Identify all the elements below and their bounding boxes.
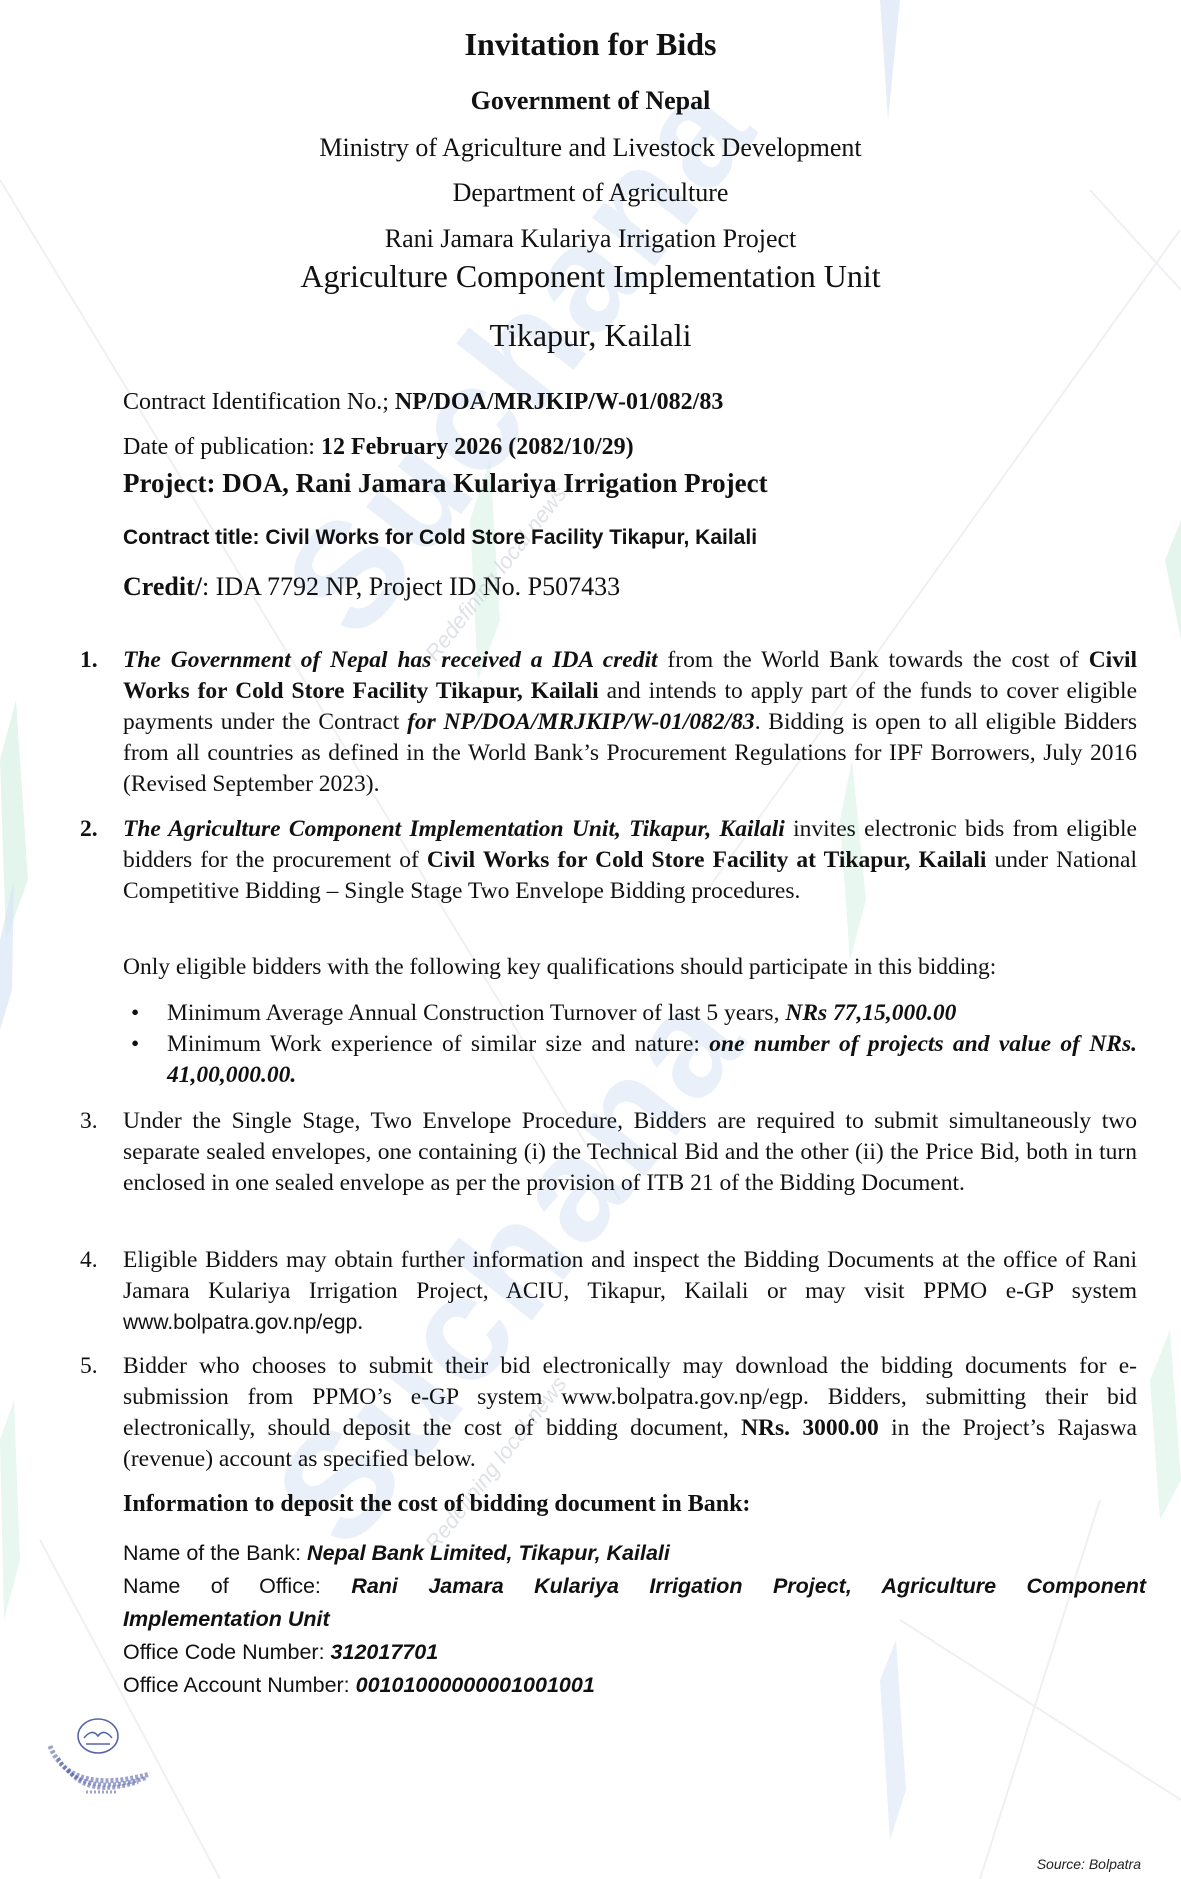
paragraph-3: 3. Under the Single Stage, Two Envelope … [80, 1106, 1137, 1199]
egp-link[interactable]: www.bolpatra.gov.np/egp [123, 1311, 357, 1334]
paragraph-number: 3. [80, 1106, 120, 1137]
text-fragment: The Government of Nepal has received a I… [123, 647, 658, 673]
text-fragment: . [357, 1309, 363, 1335]
project-name: Rani Jamara Kulariya Irrigation Project [0, 224, 1181, 254]
office-name-row: Name of Office: Rani Jamara Kulariya Irr… [123, 1570, 1146, 1603]
contract-title-value: Civil Works for Cold Store Facility Tika… [265, 526, 757, 549]
account-number-label: Office Account Number: [123, 1673, 356, 1697]
page-title: Invitation for Bids [0, 26, 1181, 63]
contract-id-value: NP/DOA/MRJKIP/W-01/082/83 [395, 389, 723, 415]
bullet-icon: • [131, 1029, 139, 1060]
office-name-value: Rani Jamara Kulariya Irrigation Project,… [351, 1574, 1146, 1598]
location: Tikapur, Kailali [0, 317, 1181, 354]
text-fragment: for NP/DOA/MRJKIP/W-01/082/83 [407, 709, 755, 735]
qualification-text: Minimum Work experience of similar size … [167, 1031, 709, 1057]
bank-info-heading: Information to deposit the cost of biddi… [123, 1491, 750, 1518]
office-code-value: 312017701 [331, 1640, 439, 1664]
paragraph-1: 1. The Government of Nepal has received … [80, 645, 1137, 800]
office-code-label: Office Code Number: [123, 1640, 331, 1664]
account-number-row: Office Account Number: 00101000000001001… [123, 1669, 1146, 1702]
emblem-icon [36, 1706, 166, 1816]
credit-label: Credit/ [123, 572, 202, 601]
qualifications-list: • Minimum Average Annual Construction Tu… [123, 998, 1137, 1091]
contract-id-row: Contract Identification No.; NP/DOA/MRJK… [123, 389, 723, 416]
qualification-text: Minimum Average Annual Construction Turn… [167, 1000, 785, 1026]
paragraph-2: 2. The Agriculture Component Implementat… [80, 814, 1137, 907]
text-fragment: Civil Works for Cold Store Facility at T… [427, 847, 987, 873]
official-stamp [36, 1706, 166, 1816]
text-fragment: from the World Bank towards the cost of [658, 647, 1089, 673]
paragraph-number: 4. [80, 1245, 120, 1276]
qualification-item: • Minimum Work experience of similar siz… [123, 1029, 1137, 1091]
qualification-intro: Only eligible bidders with the following… [123, 952, 1137, 983]
paragraph-number: 5. [80, 1351, 120, 1382]
project-row: Project: DOA, Rani Jamara Kulariya Irrig… [123, 468, 768, 499]
paragraph-number: 1. [80, 645, 120, 676]
ministry-name: Ministry of Agriculture and Livestock De… [0, 133, 1181, 163]
publication-date-label: Date of publication: [123, 434, 321, 460]
office-name-value-cont: Implementation Unit [123, 1607, 330, 1631]
text-fragment: Eligible Bidders may obtain further info… [123, 1247, 1137, 1304]
bank-name-row: Name of the Bank: Nepal Bank Limited, Ti… [123, 1537, 1146, 1570]
qualification-item: • Minimum Average Annual Construction Tu… [123, 998, 1137, 1029]
text-fragment: The Agriculture Component Implementation… [123, 816, 785, 842]
bullet-icon: • [131, 998, 139, 1029]
unit-name: Agriculture Component Implementation Uni… [0, 258, 1181, 295]
contract-id-label: Contract Identification No.; [123, 389, 395, 415]
credit-value: : IDA 7792 NP, Project ID No. P507433 [202, 572, 620, 601]
paragraph-number: 2. [80, 814, 120, 845]
publication-date-value: 12 February 2026 (2082/10/29) [321, 434, 634, 460]
department-name: Department of Agriculture [0, 178, 1181, 208]
paragraph-4: 4. Eligible Bidders may obtain further i… [80, 1245, 1137, 1338]
account-number-value: 00101000000001001001 [356, 1673, 595, 1697]
source-caption: Source: Bolpatra [1037, 1856, 1141, 1872]
office-code-row: Office Code Number: 312017701 [123, 1636, 1146, 1669]
office-name-row-cont: Implementation Unit [123, 1603, 1146, 1636]
office-name-label: Name of Office: [123, 1574, 351, 1598]
paragraph-5: 5. Bidder who chooses to submit their bi… [80, 1351, 1137, 1475]
project-label: Project: [123, 468, 222, 498]
bank-name-value: Nepal Bank Limited, Tikapur, Kailali [307, 1541, 670, 1565]
project-value: DOA, Rani Jamara Kulariya Irrigation Pro… [222, 468, 767, 498]
paragraph-text: Under the Single Stage, Two Envelope Pro… [123, 1106, 1137, 1199]
document-cost: NRs. 3000.00 [741, 1415, 879, 1441]
contract-title-label: Contract title: [123, 526, 265, 549]
egp-link[interactable]: www.bolpatra.gov.np/egp [561, 1384, 803, 1410]
qualification-value: NRs 77,15,000.00 [785, 1000, 956, 1026]
credit-row: Credit/: IDA 7792 NP, Project ID No. P50… [123, 572, 620, 602]
bank-name-label: Name of the Bank: [123, 1541, 307, 1565]
contract-title-row: Contract title: Civil Works for Cold Sto… [123, 526, 757, 550]
publication-date-row: Date of publication: 12 February 2026 (2… [123, 434, 634, 461]
government-name: Government of Nepal [0, 86, 1181, 116]
